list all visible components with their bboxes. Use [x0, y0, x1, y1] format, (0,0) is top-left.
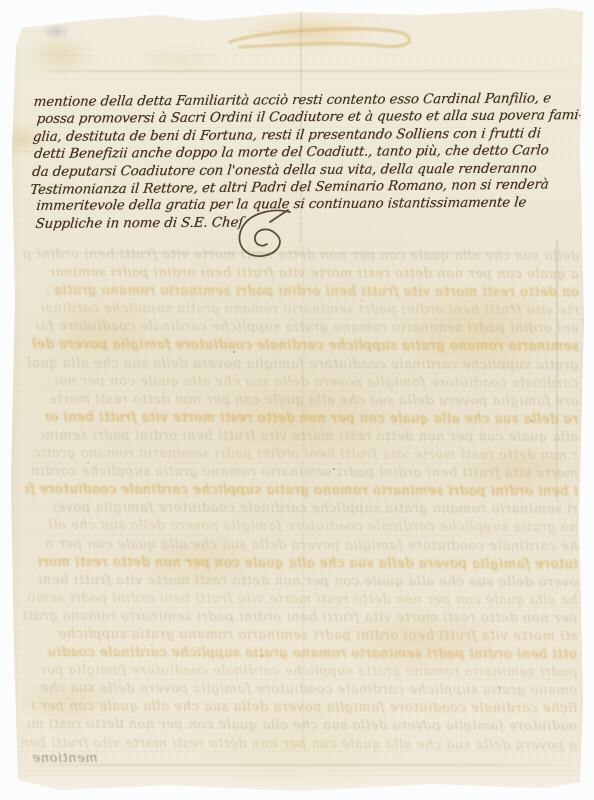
bleedthrough-line: a quale con per non detto resti morte vi…: [52, 264, 579, 284]
scanner-background: mentione della detta Familiarità acciò r…: [0, 0, 594, 800]
closing-flourish-spiral: [230, 206, 300, 262]
bleedthrough-line: he alla quale con per non detto resti mo…: [29, 590, 578, 610]
bleedthrough-line: rte vita frutti beni ordini padri semina…: [42, 300, 579, 320]
bleedthrough-line: alla quale con per non detto resti morte…: [40, 427, 578, 447]
bleedthrough-line: per non detto resti morte vita frutti be…: [23, 608, 577, 629]
bleedthrough-line: ri seminario romano gratia suppliche car…: [54, 499, 578, 519]
recto-text-block: mentione della detta Familiarità acciò r…: [34, 90, 581, 233]
bleedthrough-line: eni ordini padri seminario romano gratia…: [37, 318, 579, 338]
bleedthrough-line: i beni ordini padri seminario romano gra…: [25, 481, 578, 502]
fold-crease-vertical-center: [302, 246, 304, 746]
manuscript-line: Suppliche in nome di S.E. Cheſ: [35, 212, 582, 233]
bleedthrough-line: gratia suppliche cardinale coadiutore fa…: [27, 354, 579, 375]
bleedthrough-line: on detto resti morte vita frutti beni or…: [47, 282, 579, 302]
bleedthrough-line: morte vita frutti beni ordini padri semi…: [30, 463, 578, 483]
fold-crease-horizontal-bottom: [20, 764, 578, 766]
bleedthrough-line: r non detto resti morte vita frutti beni…: [35, 445, 578, 465]
offset-ink-mark: [222, 18, 422, 58]
fold-crease-vertical-right: [556, 240, 558, 502]
bleedthrough-line: he cardinale coadiutore famiglia povera …: [44, 535, 578, 555]
bleedthrough-line: no gratia suppliche cardinale coadiutore…: [49, 517, 578, 537]
bleedthrough-line: padri seminario romano gratia suppliche …: [42, 662, 577, 682]
bleedthrough-line: overa della sua che alla quale con per n…: [34, 572, 578, 592]
bleedthrough-line: oadiutore famiglia povera della sua che …: [27, 716, 577, 736]
bleedthrough-line: cardinale coadiutore famiglia povera del…: [55, 373, 578, 393]
pencil-smudge: [42, 24, 70, 39]
bleedthrough-line: iutore famiglia povera della sua che all…: [39, 553, 578, 573]
bleedthrough-line: liche cardinale coadiutore famiglia pove…: [32, 698, 577, 718]
manuscript-page: mentione della detta Familiarità acciò r…: [0, 0, 594, 800]
bleedthrough-line: ra della sua che alla quale con per non …: [45, 409, 578, 429]
bleedthrough-line: utti beni ordini padri seminario romano …: [47, 644, 577, 664]
bleedthrough-line: della sua che alla quale con per non det…: [23, 246, 579, 267]
bleedthrough-line: ore famiglia povera della sua che alla q…: [50, 391, 578, 411]
bleedthrough-line: sti morte vita frutti beni ordini padri …: [52, 626, 577, 646]
bleedthrough-line: omano gratia suppliche cardinale coadiut…: [37, 680, 577, 700]
bleedthrough-lines: della sua che alla quale con per non det…: [21, 246, 579, 756]
bleedthrough-catchword: mentione: [32, 751, 98, 766]
fold-crease-horizontal-top: [16, 70, 580, 72]
bleedthrough-line: seminario romano gratia suppliche cardin…: [32, 336, 579, 356]
bleedthrough-line: a povera della sua che alla quale con pe…: [22, 734, 577, 755]
